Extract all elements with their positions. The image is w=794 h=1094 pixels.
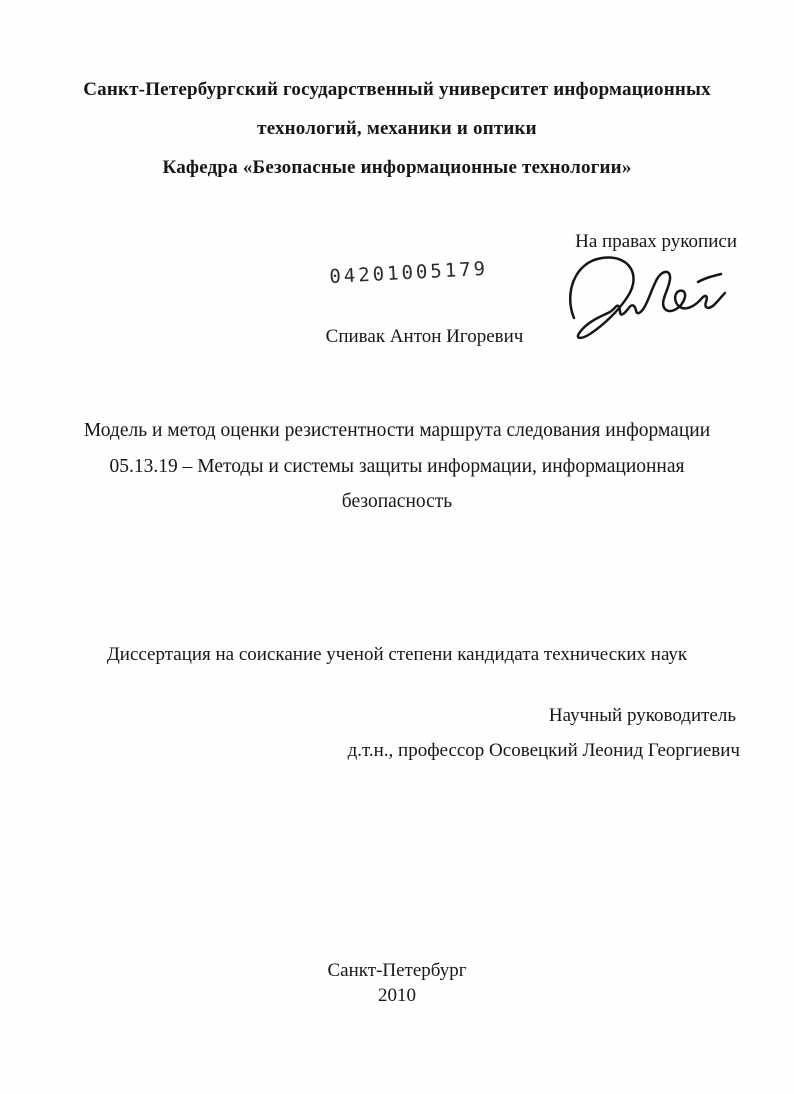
university-name-line1: Санкт-Петербургский государственный унив… (40, 70, 754, 109)
supervisor-name: д.т.н., профессор Осовецкий Леонид Георг… (348, 740, 740, 762)
dissertation-title: Модель и метод оценки резистентности мар… (0, 420, 794, 442)
specialty-code-line: 05.13.19 – Методы и системы защиты инфор… (0, 456, 794, 478)
author-name: Спивак Антон Игоревич (55, 326, 794, 348)
university-name-line2: технологий, механики и оптики (40, 109, 754, 148)
document-page: Санкт-Петербургский государственный унив… (0, 0, 794, 1094)
supervisor-label: Научный руководитель (549, 705, 736, 727)
registration-number-stamp: 04201005179 (329, 258, 489, 288)
publication-city: Санкт-Петербург (0, 960, 794, 982)
specialty-code-continuation: безопасность (0, 491, 794, 513)
department-name: Кафедра «Безопасные информационные техно… (40, 148, 754, 187)
degree-statement: Диссертация на соискание ученой степени … (0, 644, 794, 666)
publication-year: 2010 (0, 985, 794, 1007)
university-header: Санкт-Петербургский государственный унив… (40, 70, 754, 187)
